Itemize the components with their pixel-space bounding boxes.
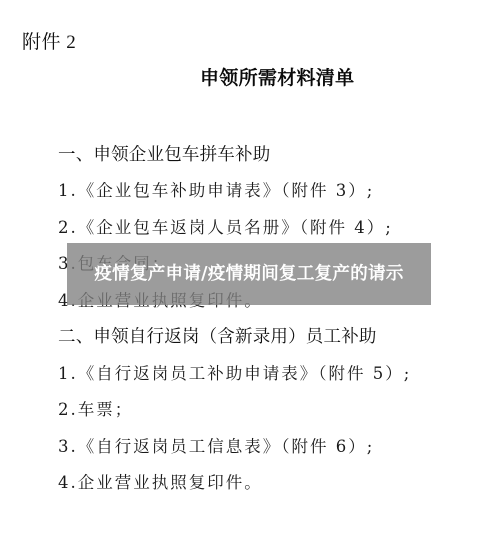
section-2-item-2: 2.车票；: [58, 396, 133, 420]
document-title: 申领所需材料清单: [200, 63, 354, 90]
section-2-item-3: 3.《自行返岗员工信息表》（附件 6）;: [58, 433, 374, 457]
attachment-label: 附件 2: [22, 27, 76, 54]
section-2-item-4: 4.企业营业执照复印件。: [58, 469, 263, 493]
section-1-item-1: 1.《企业包车补助申请表》（附件 3）;: [58, 177, 374, 201]
section-2-item-1: 1.《自行返岗员工补助申请表》（附件 5）;: [58, 360, 411, 384]
section-heading-1: 一、申领企业包车拼车补助: [58, 141, 270, 166]
overlay-title: 疫情复产申请/疫情期间复工复产的请示: [79, 263, 419, 286]
section-heading-2: 二、申领自行返岗（含新录用）员工补助: [58, 323, 377, 348]
caption-overlay-banner: 疫情复产申请/疫情期间复工复产的请示: [67, 243, 431, 305]
document-page: 附件 2 申领所需材料清单 一、申领企业包车拼车补助 1.《企业包车补助申请表》…: [0, 0, 500, 549]
section-1-item-2: 2.《企业包车返岗人员名册》（附件 4）;: [58, 214, 393, 238]
